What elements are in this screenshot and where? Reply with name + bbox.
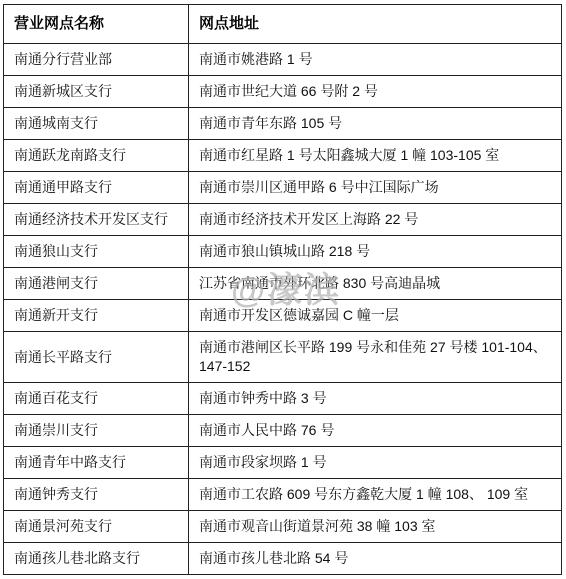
- branch-address-cell: 南通市青年东路 105 号: [189, 108, 562, 140]
- table-row: 南通新开支行南通市开发区德诚嘉园 C 幢一层: [4, 300, 562, 332]
- branch-name-cell: 南通孩儿巷北路支行: [4, 543, 189, 575]
- branch-name-cell: 南通长平路支行: [4, 332, 189, 383]
- table-row: 南通城南支行南通市青年东路 105 号: [4, 108, 562, 140]
- branch-name-cell: 南通经济技术开发区支行: [4, 204, 189, 236]
- branch-address-cell: 南通市经济技术开发区上海路 22 号: [189, 204, 562, 236]
- table-row: 南通孩儿巷北路支行南通市孩儿巷北路 54 号: [4, 543, 562, 575]
- branch-address-cell: 南通市观音山街道景河苑 38 幢 103 室: [189, 511, 562, 543]
- branch-address-cell: 南通市世纪大道 66 号附 2 号: [189, 76, 562, 108]
- branch-address-cell: 南通市红星路 1 号太阳鑫城大厦 1 幢 103-105 室: [189, 140, 562, 172]
- branch-name-cell: 南通分行营业部: [4, 44, 189, 76]
- branch-name-cell: 南通狼山支行: [4, 236, 189, 268]
- branch-address-cell: 南通市崇川区通甲路 6 号中江国际广场: [189, 172, 562, 204]
- screen: 营业网点名称 网点地址 南通分行营业部南通市姚港路 1 号南通新城区支行南通市世…: [0, 0, 566, 579]
- table-row: 南通长平路支行南通市港闸区长平路 199 号永和佳苑 27 号楼 101-104…: [4, 332, 562, 383]
- branch-address-cell: 南通市钟秀中路 3 号: [189, 383, 562, 415]
- table-row: 南通百花支行南通市钟秀中路 3 号: [4, 383, 562, 415]
- table-row: 南通狼山支行南通市狼山镇城山路 218 号: [4, 236, 562, 268]
- branch-address-cell: 南通市人民中路 76 号: [189, 415, 562, 447]
- branch-name-cell: 南通城南支行: [4, 108, 189, 140]
- branch-address-cell: 江苏省南通市外环北路 830 号高迪晶城: [189, 268, 562, 300]
- table-body: 南通分行营业部南通市姚港路 1 号南通新城区支行南通市世纪大道 66 号附 2 …: [4, 44, 562, 575]
- header-row: 营业网点名称 网点地址: [4, 5, 562, 44]
- branch-name-cell: 南通跃龙南路支行: [4, 140, 189, 172]
- branch-table: 营业网点名称 网点地址 南通分行营业部南通市姚港路 1 号南通新城区支行南通市世…: [3, 4, 562, 575]
- table-row: 南通港闸支行江苏省南通市外环北路 830 号高迪晶城: [4, 268, 562, 300]
- branch-address-cell: 南通市工农路 609 号东方鑫乾大厦 1 幢 108、 109 室: [189, 479, 562, 511]
- branch-address-cell: 南通市狼山镇城山路 218 号: [189, 236, 562, 268]
- table-row: 南通新城区支行南通市世纪大道 66 号附 2 号: [4, 76, 562, 108]
- branch-address-cell: 南通市段家坝路 1 号: [189, 447, 562, 479]
- branch-name-cell: 南通新开支行: [4, 300, 189, 332]
- table-row: 南通青年中路支行南通市段家坝路 1 号: [4, 447, 562, 479]
- branch-name-cell: 南通钟秀支行: [4, 479, 189, 511]
- table-row: 南通通甲路支行南通市崇川区通甲路 6 号中江国际广场: [4, 172, 562, 204]
- table-header: 营业网点名称 网点地址: [4, 5, 562, 44]
- table-row: 南通分行营业部南通市姚港路 1 号: [4, 44, 562, 76]
- branch-name-cell: 南通青年中路支行: [4, 447, 189, 479]
- branch-address-cell: 南通市孩儿巷北路 54 号: [189, 543, 562, 575]
- branch-name-cell: 南通港闸支行: [4, 268, 189, 300]
- branch-name-cell: 南通新城区支行: [4, 76, 189, 108]
- table-row: 南通经济技术开发区支行南通市经济技术开发区上海路 22 号: [4, 204, 562, 236]
- branch-name-cell: 南通崇川支行: [4, 415, 189, 447]
- branch-name-cell: 南通百花支行: [4, 383, 189, 415]
- table-row: 南通钟秀支行南通市工农路 609 号东方鑫乾大厦 1 幢 108、 109 室: [4, 479, 562, 511]
- table-row: 南通崇川支行南通市人民中路 76 号: [4, 415, 562, 447]
- branch-address-cell: 南通市姚港路 1 号: [189, 44, 562, 76]
- table-row: 南通跃龙南路支行南通市红星路 1 号太阳鑫城大厦 1 幢 103-105 室: [4, 140, 562, 172]
- table-row: 南通景河苑支行南通市观音山街道景河苑 38 幢 103 室: [4, 511, 562, 543]
- branch-name-cell: 南通通甲路支行: [4, 172, 189, 204]
- column-header-branch-name: 营业网点名称: [4, 5, 189, 44]
- column-header-branch-address: 网点地址: [189, 5, 562, 44]
- branch-name-cell: 南通景河苑支行: [4, 511, 189, 543]
- branch-address-cell: 南通市开发区德诚嘉园 C 幢一层: [189, 300, 562, 332]
- branch-address-cell: 南通市港闸区长平路 199 号永和佳苑 27 号楼 101-104、147-15…: [189, 332, 562, 383]
